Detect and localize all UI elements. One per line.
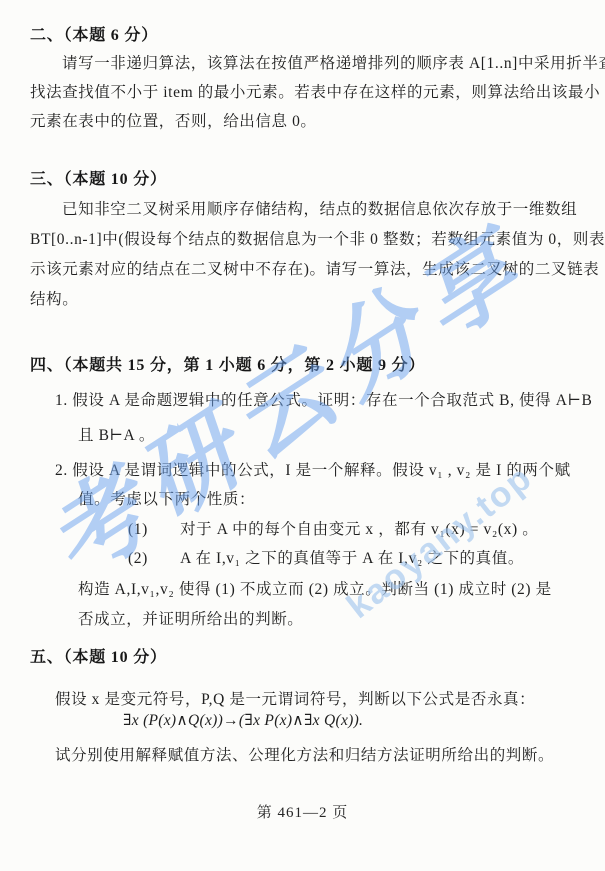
section-2-line-2: 找法查找值不小于 item 的最小元素。若表中存在这样的元素，则算法给出该最小 xyxy=(30,82,600,103)
section-3-line-3: 示该元素对应的结点在二叉树中不存在)。请写一算法，生成该二叉树的二叉链表 xyxy=(30,259,599,280)
section-5-line-1: 假设 x 是变元符号，P,Q 是一元谓词符号，判断以下公式是否永真： xyxy=(55,689,535,710)
section-4-task-line-2: 否成立，并证明所给出的判断。 xyxy=(78,609,303,630)
section-5-formula: ∃x (P(x)∧Q(x))→(∃x P(x)∧∃x Q(x)). xyxy=(123,710,363,731)
section-2-line-1: 请写一非递归算法，该算法在按值严格递增排列的顺序表 A[1..n]中采用折半查 xyxy=(62,53,605,74)
section-4-heading: 四、（本题共 15 分，第 1 小题 6 分，第 2 小题 9 分） xyxy=(30,355,425,376)
section-5-heading: 五、（本题 10 分） xyxy=(30,647,167,668)
section-4-property-1: (1) 对于 A 中的每个自由变元 x ，都有 v₁(x) = v₂(x) 。 xyxy=(128,519,538,540)
page-number: 第 461—2 页 xyxy=(0,801,605,822)
section-2-line-3: 元素在表中的位置，否则，给出信息 0。 xyxy=(30,111,317,132)
exam-page: 考研云分享 kaoyany.top 二、（本题 6 分） 请写一非递归算法，该算… xyxy=(0,0,605,871)
section-4-item-2-line-2: 值。考虑以下两个性质： xyxy=(78,489,255,510)
section-5-line-3: 试分别使用解释赋值方法、公理化方法和归结方法证明所给出的判断。 xyxy=(55,745,554,766)
section-3-line-2: BT[0..n-1]中(假设每个结点的数据信息为一个非 0 整数；若数组元素值为… xyxy=(30,229,605,250)
section-2-heading: 二、（本题 6 分） xyxy=(30,25,158,46)
section-3-heading: 三、（本题 10 分） xyxy=(30,169,167,190)
section-4-task-line-1: 构造 A,I,v₁,v₂ 使得 (1) 不成立而 (2) 成立。判断当 (1) … xyxy=(78,579,552,600)
section-3-line-4: 结构。 xyxy=(30,289,78,310)
section-4-item-1-line-2: 且 B⊢A 。 xyxy=(78,425,155,446)
section-4-item-2-line-1: 2. 假设 A 是谓词逻辑中的公式，I 是一个解释。假设 v₁ , v₂ 是 I… xyxy=(55,460,571,481)
watermark-url-text: kaoyany.top xyxy=(340,458,540,626)
section-4-property-2: (2) A 在 I,v₁ 之下的真值等于 A 在 I,v₂ 之下的真值。 xyxy=(128,548,524,569)
section-3-line-1: 已知非空二叉树采用顺序存储结构，结点的数据信息依次存放于一维数组 xyxy=(62,199,577,220)
section-4-item-1-line-1: 1. 假设 A 是命题逻辑中的任意公式。证明：存在一个合取范式 B, 使得 A⊢… xyxy=(55,390,592,411)
